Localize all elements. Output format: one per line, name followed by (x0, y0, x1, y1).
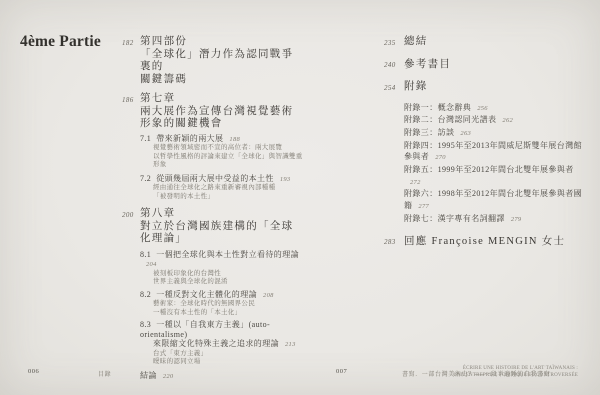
toc-title-line: 第四部份 (140, 36, 305, 49)
left-running-title: 目錄 (98, 369, 111, 378)
gutter-page-number: 283 (384, 236, 404, 249)
section-number: 8.1 (140, 250, 151, 259)
gutter-page-number: 186 (122, 93, 140, 131)
appendix-label: 附錄五：1999年至2012年間台北雙年展參與者 (404, 165, 574, 174)
toc-title-line: 兩大展作為宣傳台灣視覺藝術 (140, 106, 293, 119)
toc-section-8-2: 8.2一種反對文化主體化的理論208 (140, 290, 305, 301)
chapter8-sections: 8.1一個把全球化與本土性對立看待的理論204 被刻板印象化的台灣性 世界主義與… (140, 250, 305, 367)
appendix-page-number: 279 (511, 216, 522, 223)
toc-section-8-3: 8.3一種以「自我東方主義」(auto-orientalisme) (140, 320, 305, 339)
left-page: 4ème Partie 182 第四部份 「全球化」潛力作為認同戰爭裏的 關鍵籌… (20, 30, 305, 381)
appendix-page-number: 256 (477, 105, 488, 112)
gutter-page-number: 235 (384, 36, 404, 49)
appendix-page-number: 263 (460, 130, 471, 137)
appendix-label: 附錄三：訪談 (404, 128, 454, 137)
section-title: 一種反對文化主體化的理論 (156, 290, 257, 299)
toc-section-7-1: 7.1帶來新穎的兩大展188 (140, 134, 305, 145)
appendix-item: 附錄四：1995年至2013年間威尼斯雙年展台灣館參與者270 (404, 140, 590, 164)
toc-subsection: 藝術家：全球化時代的無國界公民 (153, 300, 305, 309)
gutter-page-number: 182 (122, 36, 140, 86)
appendix-item: 附錄一：概念辭典256 (404, 102, 590, 115)
section-number: 8.3 (140, 320, 151, 329)
toc-entry-title: 回應 Françoise MENGIN 女士 (404, 236, 565, 249)
toc-entry-conclusion-general: 235 總結 (384, 36, 590, 49)
appendix-item: 附錄二：台灣認同光譜表262 (404, 114, 590, 127)
right-page: 235 總結 240 參考書目 254 附錄 附錄一：概念辭典256 附錄二：台… (384, 30, 590, 248)
toc-section-8-1: 8.1一個把全球化與本土性對立看待的理論204 (140, 250, 305, 270)
toc-subsection: 視覺藝術領域密而不宣的高位者：兩大展覽 (153, 144, 305, 153)
section-page-number: 208 (263, 292, 274, 299)
toc-subsection: 「被發明的本土性」 (153, 193, 305, 202)
section-page-number: 204 (146, 261, 157, 268)
toc-subsection: 經由通往全球化之路來重新審視內部種種 (153, 184, 305, 193)
section-number: 8.2 (140, 290, 151, 299)
section-page-number: 220 (163, 373, 174, 380)
section-title: 一個把全球化與本土性對立看待的理論 (156, 250, 299, 259)
toc-entry-title: 附錄 (404, 81, 428, 94)
running-title-fr-line: ÉCRIRE UNE HISTOIRE DE L'ART TAÏWANAIS : (453, 366, 578, 373)
right-folio-number: 007 (336, 368, 347, 375)
appendix-label: 附錄七：漢字專有名詞翻譯 (404, 214, 505, 223)
section-title: 從頭幾屆兩大展中受益的本土性 (156, 174, 274, 183)
appendix-list: 附錄一：概念辭典256 附錄二：台灣認同光譜表262 附錄三：訪談263 附錄四… (404, 102, 590, 226)
appendix-page-number: 277 (418, 203, 429, 210)
section-title: 來限縮文化特殊主義之追求的理論 (153, 339, 279, 348)
toc-entry-bibliography: 240 參考書目 (384, 59, 590, 72)
toc-section-8-3-line2: 來限縮文化特殊主義之追求的理論213 (153, 339, 305, 350)
toc-title-line: 對立於台灣國族建構的「全球化理論」 (140, 221, 305, 246)
toc-entry-appendix: 254 附錄 (384, 81, 590, 94)
appendix-item: 附錄七：漢字專有名詞翻譯279 (404, 213, 590, 226)
gutter-page-number: 200 (122, 208, 140, 246)
toc-entry-chapter7: 186 第七章 兩大展作為宣傳台灣視覺藝術 形象的關鍵機會 (122, 93, 305, 131)
section-number: 7.1 (140, 134, 151, 143)
toc-entry-chapter8: 200 第八章 對立於台灣國族建構的「全球化理論」 (122, 208, 305, 246)
appendix-item: 附錄六：1998年至2012年間台北雙年展參與者國籍277 (404, 188, 590, 212)
appendix-page-number: 262 (502, 117, 513, 124)
appendix-item: 附錄三：訪談263 (404, 127, 590, 140)
toc-title-line: 形象的關鍵機會 (140, 118, 293, 131)
left-toc-entries: 182 第四部份 「全球化」潛力作為認同戰爭裏的 關鍵籌碼 186 第七章 兩大… (122, 36, 305, 381)
toc-subsection: 曖昧的認同立場 (153, 358, 305, 367)
book-spread: 4ème Partie 182 第四部份 「全球化」潛力作為認同戰爭裏的 關鍵籌… (0, 0, 600, 395)
gutter-page-number: 240 (384, 59, 404, 72)
running-title-fr-line: UNE ENTREPRISE POLITIQUE ET CONTROVERSÉE (453, 373, 578, 380)
toc-subsection: 以哲學性風格的評論來建立「全球化」與智識雙重形象 (153, 153, 305, 170)
toc-entry-title: 參考書目 (404, 59, 451, 72)
right-running-title-fr: ÉCRIRE UNE HISTOIRE DE L'ART TAÏWANAIS :… (453, 366, 578, 379)
section-page-number: 213 (285, 341, 296, 348)
toc-subsection: 世界主義與全球化的混淆 (153, 278, 305, 287)
toc-title-line: 關鍵籌碼 (140, 74, 305, 87)
appendix-label: 附錄一：概念辭典 (404, 103, 471, 112)
toc-subsection: 一種沒有本土性的「本土化」 (153, 309, 305, 318)
toc-entry-title: 第七章 兩大展作為宣傳台灣視覺藝術 形象的關鍵機會 (140, 93, 293, 131)
appendix-page-number: 272 (410, 179, 421, 186)
toc-title-line: 第七章 (140, 93, 293, 106)
toc-title-line: 「全球化」潛力作為認同戰爭裏的 (140, 49, 305, 74)
left-folio-number: 006 (28, 368, 39, 375)
section-number: 7.2 (140, 174, 151, 183)
section-page-number: 193 (280, 176, 291, 183)
toc-entry-part4: 182 第四部份 「全球化」潛力作為認同戰爭裏的 關鍵籌碼 (122, 36, 305, 86)
toc-section-7-2: 7.2從頭幾屆兩大展中受益的本土性193 (140, 174, 305, 185)
appendix-label: 附錄二：台灣認同光譜表 (404, 115, 496, 124)
toc-title-line: 第八章 (140, 208, 305, 221)
toc-entry-title: 總結 (404, 36, 428, 49)
appendix-item: 附錄五：1999年至2012年間台北雙年展參與者272 (404, 164, 590, 188)
conclusion-label: 結論 (140, 371, 157, 380)
toc-subsection: 台式「東方主義」 (153, 350, 305, 359)
section-page-number: 188 (229, 136, 240, 143)
appendix-page-number: 270 (435, 154, 446, 161)
gutter-page-number: 254 (384, 81, 404, 94)
toc-entry-response-mengin: 283 回應 Françoise MENGIN 女士 (384, 236, 590, 249)
toc-entry-title: 第四部份 「全球化」潛力作為認同戰爭裏的 關鍵籌碼 (140, 36, 305, 86)
toc-entry-title: 第八章 對立於台灣國族建構的「全球化理論」 (140, 208, 305, 246)
appendix-label: 附錄六：1998年至2012年間台北雙年展參與者國籍 (404, 189, 582, 210)
section-title: 帶來新穎的兩大展 (156, 134, 223, 143)
chapter7-sections: 7.1帶來新穎的兩大展188 視覺藝術領域密而不宣的高位者：兩大展覽 以哲學性風… (140, 134, 305, 202)
part-label: 4ème Partie (20, 33, 101, 51)
toc-subsection: 被刻板印象化的台灣性 (153, 270, 305, 279)
appendix-label: 附錄四：1995年至2013年間威尼斯雙年展台灣館參與者 (404, 141, 582, 162)
section-title: 一種以「自我東方主義」(auto-orientalisme) (140, 320, 270, 339)
toc-conclusion: 結論220 (140, 371, 305, 382)
